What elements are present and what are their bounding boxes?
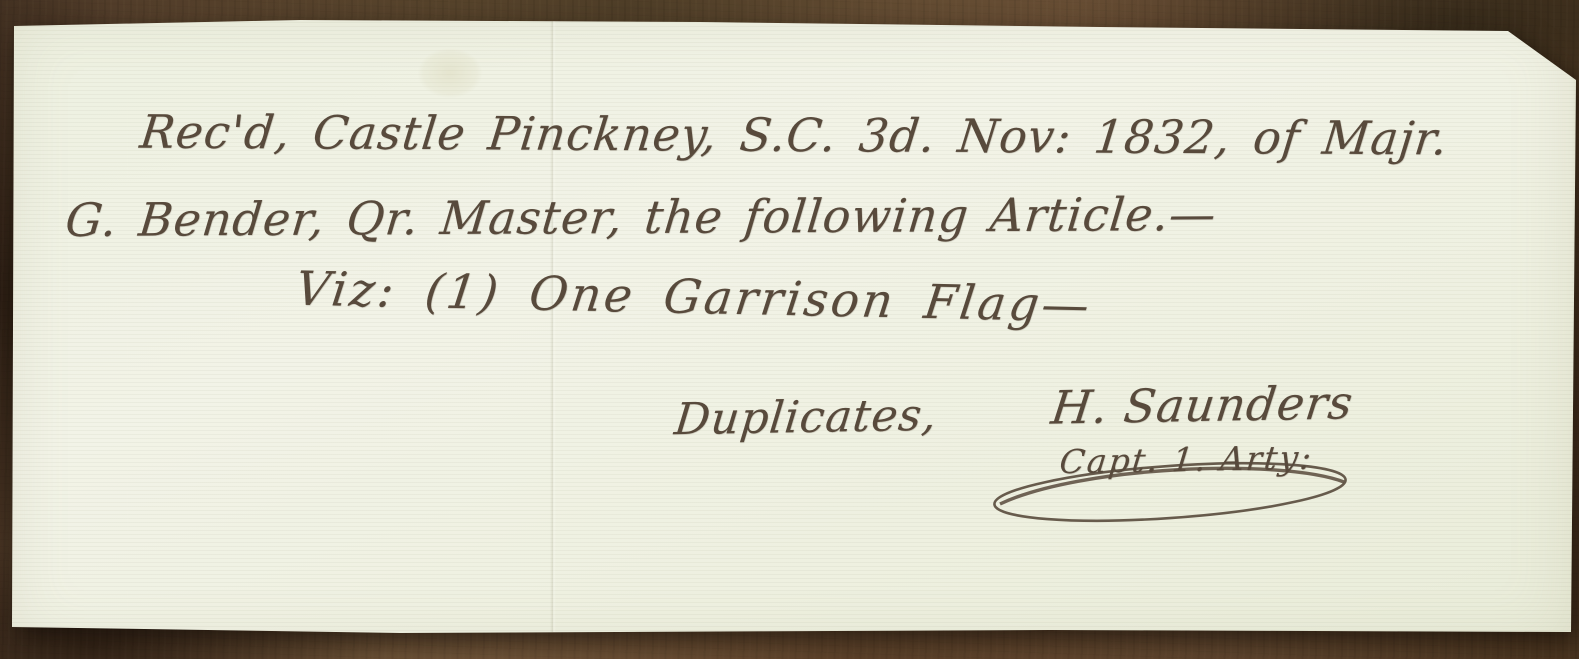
photo-canvas: Rec'd, Castle Pinckney, S.C. 3d. Nov: 18… [0,0,1579,659]
signature-flourish-icon [0,0,1579,659]
